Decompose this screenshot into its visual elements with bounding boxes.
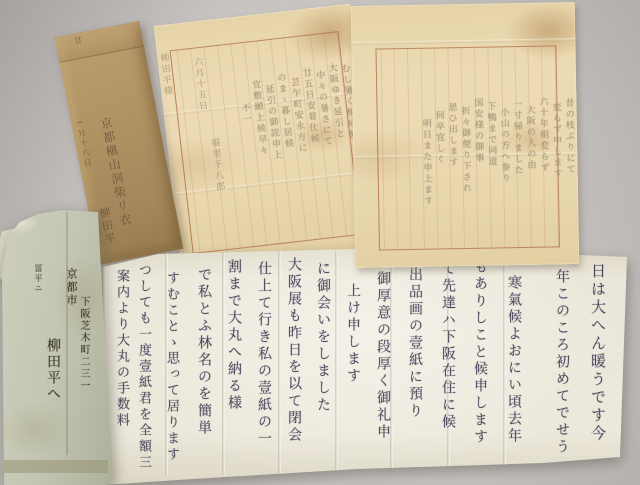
envelope-street: 下阪芝木町二三一	[78, 296, 88, 392]
handwriting-column: すむことゝ思って居ります	[165, 271, 178, 463]
handwriting-column: 変らず申します	[550, 102, 560, 179]
handwriting-column: 案内より大丸の手数料	[115, 269, 128, 429]
fold-crease	[351, 38, 575, 45]
handwriting-column: 寒氣候よおにい頃去年	[507, 275, 521, 445]
fold-crease	[222, 251, 225, 475]
handwriting-column: 何卒宜しく	[434, 110, 444, 165]
handwriting-column: 出品画の壹紙に預り	[408, 267, 422, 420]
handwriting-column: 下鴨まで同道	[485, 101, 495, 167]
handwriting-column: て先達ハ下阪在住に候	[441, 261, 455, 431]
handwriting-column: 昔の枝ぶりにて	[563, 98, 573, 175]
handwriting-column: 割まで大丸へ納る様	[227, 259, 241, 412]
scroll-letter-wrap: 日は大へん暖うです今年このころ初めてでせう寒氣候よおにい頃去年もありしこと候申し…	[103, 245, 630, 485]
handwriting-column: 上け申します	[346, 283, 360, 385]
handwriting-column: もありしこと候申します	[473, 259, 487, 446]
fold-crease	[335, 251, 338, 475]
handwriting-column: に御会いをしました	[316, 261, 330, 414]
fold-crease	[278, 251, 281, 475]
handwriting-column: で私とふ林名のを簡単	[197, 267, 211, 437]
envelope-bottom-band	[4, 460, 108, 473]
handwriting-column: 大阪展も昨日を以て閉会	[287, 257, 301, 444]
handwriting-column: 六十年相変らず	[537, 97, 547, 174]
scroll-letter: 日は大へん暖うです今年このころ初めてでせう寒氣候よおにい頃去年もありしこと候申し…	[103, 245, 630, 485]
envelope-mark: 廿	[73, 35, 83, 46]
envelope-side-note: 冨平ニ	[34, 264, 42, 294]
handwriting-column: 年このころ初めてでせう	[555, 269, 569, 456]
handwriting-column: 思ひ出します	[446, 102, 456, 168]
letter-sheet-left: むし暑く相成候大阪ゆき延引と中々の暑さにて廿五日安着仕候芸乍町安永方にのまゝ暮し…	[154, 4, 379, 271]
envelope-city: 京都市	[66, 268, 77, 307]
handwriting-column: 大阪の人の由	[524, 105, 534, 171]
envelope-date: ─月十六日	[75, 118, 93, 170]
handwriting-column: 小山の方へ参り	[499, 107, 509, 184]
handwriting-column: 日は大へん暖うです今	[590, 263, 605, 443]
handwriting-column: 国安様の御事	[472, 98, 482, 164]
handwriting-column: つしても一度壹紙君を全額三	[137, 263, 150, 471]
green-envelope-wrap: 冨平ニ 京都市 下阪芝木町二三一 柳田平へ	[2, 208, 112, 485]
handwriting-column: 一寸帰りました	[511, 99, 521, 176]
envelope-flap	[55, 21, 144, 63]
handwriting-column: 仕上て行き私の壹紙の一	[257, 261, 271, 448]
letter-sheet-right: 昔の枝ぶりにて変らず申します六十年相変らず大阪の人の由一寸帰りました小山の方へ参…	[351, 2, 580, 268]
envelope-recipient: 柳田平へ	[46, 338, 60, 402]
photo-of-letters-and-envelopes: むし暑く相成候大阪ゆき延引と中々の暑さにて廿五日安着仕候芸乍町安永方にのまゝ暮し…	[0, 0, 640, 485]
handwriting-column: 折々御便り下され	[459, 106, 470, 194]
handwriting-column: 御厚意の段厚く御礼申	[376, 271, 390, 441]
handwriting-column: 明日また申上ます	[421, 119, 432, 207]
envelope-seam	[66, 212, 68, 455]
ruled-frame-right: 昔の枝ぶりにて変らず申します六十年相変らず大阪の人の由一寸帰りました小山の方へ参…	[375, 45, 559, 250]
handwriting-column: 不一	[239, 103, 250, 126]
green-envelope: 冨平ニ 京都市 下阪芝木町二三一 柳田平へ	[2, 208, 112, 485]
